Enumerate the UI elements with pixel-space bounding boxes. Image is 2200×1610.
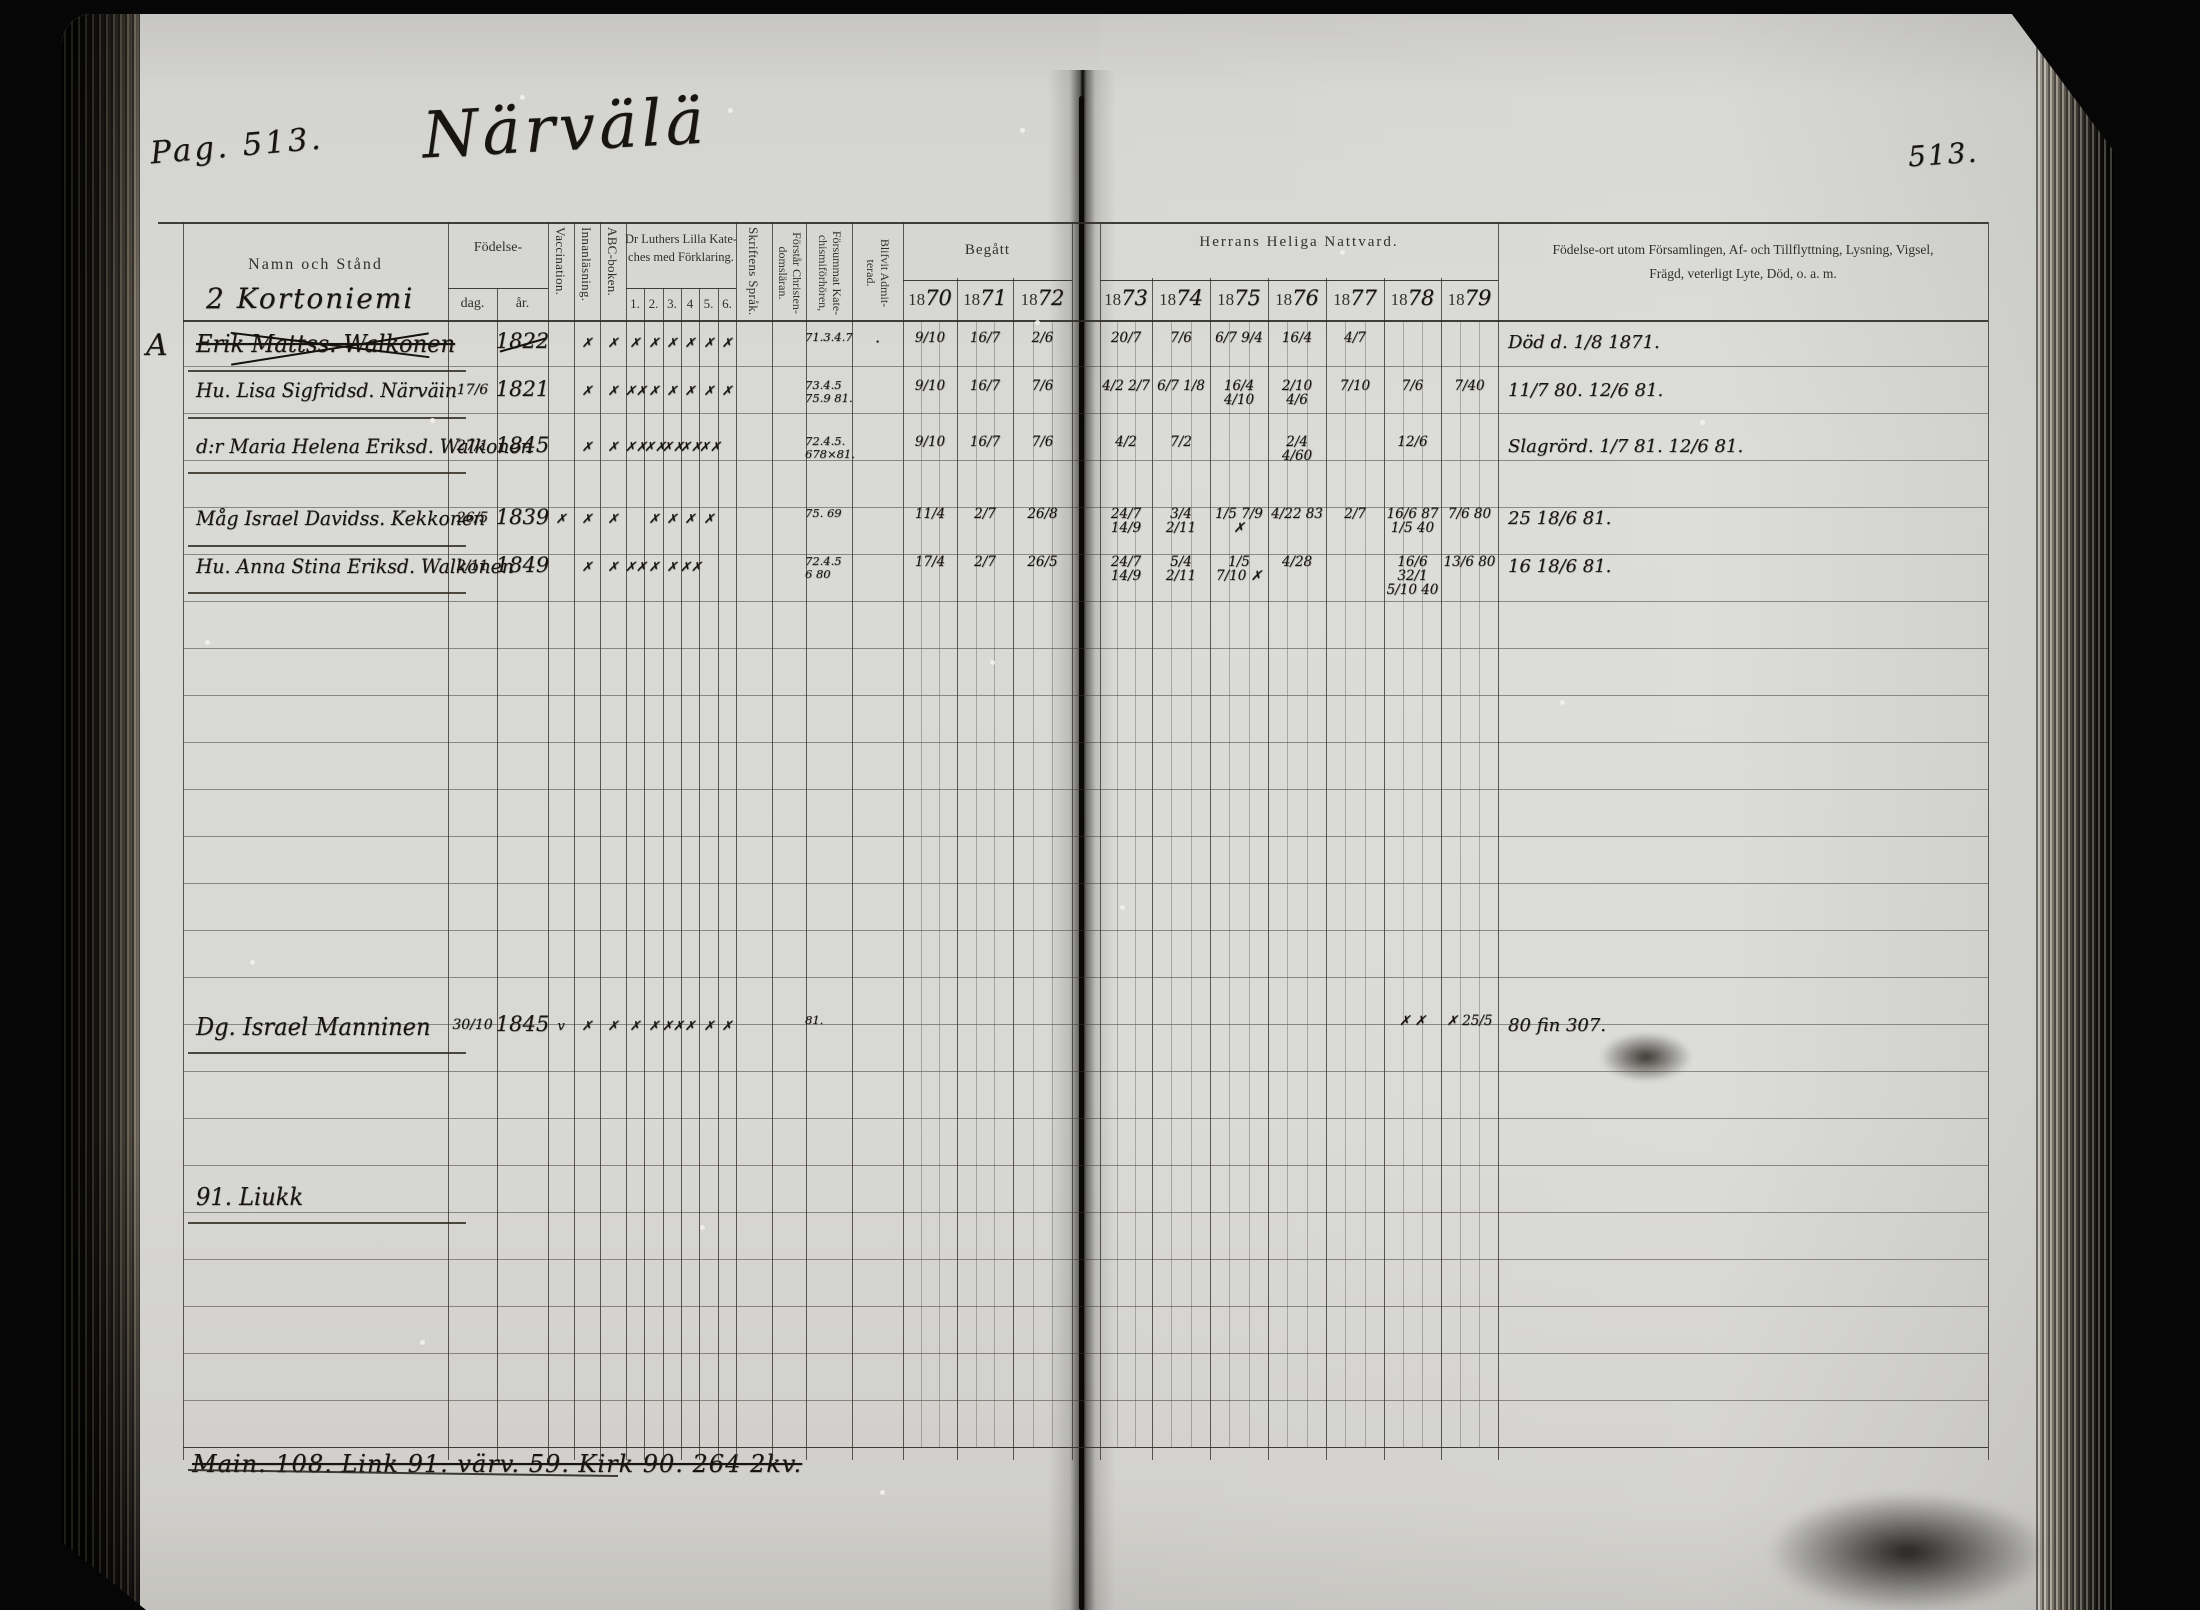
- cell-remark: 80 fin 307.: [1508, 1015, 1606, 1036]
- cell-communion-1873: 24/7 14/9: [1099, 507, 1153, 535]
- cell-communion-1871: 16/7: [958, 331, 1012, 345]
- check-mark: ✗: [699, 336, 719, 351]
- paper-fleck: [1020, 128, 1025, 133]
- grid-sub-vline: [1422, 320, 1423, 1447]
- paper-fleck: [430, 418, 435, 423]
- cell-communion-1872: 26/5: [1016, 555, 1070, 569]
- cell-remark: Slagrörd. 1/7 81. 12/6 81.: [1508, 436, 1743, 457]
- cell-forsummat: 75. 69: [805, 507, 853, 520]
- col-header-vaccination: Vaccination.: [552, 227, 568, 295]
- entry-name: Dg. Israel Manninen: [196, 1013, 431, 1041]
- cell-birth-year: 1839: [495, 505, 550, 529]
- col-header-remarks-line1: Födelse-ort utom Församlingen, Af- och T…: [1502, 242, 1984, 258]
- paper-fleck: [1035, 320, 1040, 325]
- cell-birth-day: 2/11: [448, 558, 497, 574]
- year-label-hand: 77: [1350, 286, 1377, 310]
- book-scan: Pag. 513. Närvälä 513. Namn och Stånd Fö…: [0, 0, 2200, 1610]
- cell-remark: 16 18/6 81.: [1508, 556, 1611, 577]
- cell-communion-1879: 7/40: [1443, 379, 1497, 393]
- cell-communion-1874: 7/2: [1154, 435, 1208, 449]
- col-header-blifvit-admitterad: Blifvit Admit- terad.: [863, 227, 891, 319]
- paper-fleck: [420, 1340, 425, 1345]
- check-mark: ✗: [717, 336, 737, 351]
- cell-forsummat: 71.3.4.7: [805, 331, 853, 344]
- check-mark: ✗: [644, 560, 664, 575]
- entry-name-rule: [188, 592, 466, 594]
- grid-sub-vline: [1249, 320, 1250, 1447]
- year-label-printed: 18: [1217, 290, 1234, 309]
- check-mark: ✗: [717, 1019, 737, 1034]
- grid-hline: [626, 288, 736, 289]
- year-label-printed: 18: [1333, 290, 1350, 309]
- cell-blifvit: ·: [852, 332, 903, 351]
- cell-communion-1876: 2/10 4/6: [1270, 379, 1324, 407]
- check-mark: ✗: [625, 1019, 645, 1034]
- cell-communion-1870: 9/10: [903, 379, 957, 393]
- cell-communion-1879: 13/6 80: [1443, 555, 1497, 569]
- grid-sub-vline: [1033, 320, 1034, 1447]
- year-label: 1873: [1095, 286, 1157, 310]
- check-mark: ✗: [603, 512, 623, 527]
- year-label-hand: 79: [1465, 286, 1492, 310]
- check-mark: ✗✗: [662, 1019, 682, 1034]
- cell-birth-day: 17/6: [448, 382, 497, 398]
- check-mark: ✗: [551, 512, 571, 527]
- grid-sub-vline: [1460, 320, 1461, 1447]
- cell-birth-year: 1849: [495, 553, 550, 577]
- kateches-subcol-3: 3.: [663, 296, 681, 312]
- check-mark: ✗: [699, 1019, 719, 1034]
- grid-vline: [1988, 222, 1989, 1460]
- cell-communion-1873: 4/2: [1099, 435, 1153, 449]
- grid-sub-vline: [1135, 320, 1136, 1447]
- cell-communion-1872: 7/6: [1016, 379, 1070, 393]
- year-label: 1878: [1382, 286, 1444, 310]
- grid-hline: [1100, 280, 1498, 281]
- village-heading: 2 Kortoniemi: [206, 282, 414, 315]
- grid-sub-vline: [1171, 320, 1172, 1447]
- year-label-hand: 70: [925, 286, 952, 310]
- cell-communion-1877: 2/7: [1328, 507, 1382, 521]
- check-mark: ✗: [662, 336, 682, 351]
- cell-forsummat: 72.4.5. 678×81.: [805, 435, 853, 460]
- cell-communion-1870: 9/10: [903, 435, 957, 449]
- cell-communion-1877: 4/7: [1328, 331, 1382, 345]
- paper-fleck: [728, 108, 733, 113]
- row-margin-letter: A: [146, 328, 168, 363]
- paper-fleck: [880, 1490, 885, 1495]
- check-mark: ✗: [603, 1019, 623, 1034]
- cell-forsummat: 81.: [805, 1014, 853, 1027]
- check-mark: ✗: [577, 440, 597, 455]
- col-header-remarks-line2: Frägd, veterligt Lyte, Död, o. a. m.: [1502, 266, 1984, 282]
- cell-communion-1873: 20/7: [1099, 331, 1153, 345]
- cell-birth-year: 1845: [495, 433, 550, 457]
- year-label-hand: 75: [1234, 286, 1261, 310]
- grid-hline: [448, 288, 548, 289]
- year-label: 1870: [899, 286, 961, 310]
- paper-fleck: [700, 1225, 705, 1230]
- col-header-skriftens-sprak: Skriftens Språk.: [745, 227, 761, 316]
- grid-sub-vline: [1287, 320, 1288, 1447]
- check-mark: ✗: [699, 384, 719, 399]
- grid-sub-vline: [1117, 320, 1118, 1447]
- year-label-hand: 78: [1408, 286, 1435, 310]
- check-mark: ✗: [625, 336, 645, 351]
- year-label: 1872: [1012, 286, 1074, 310]
- paper-fleck: [1120, 905, 1125, 910]
- kateches-subcol-2: 2.: [644, 296, 663, 312]
- grid-hline: [183, 1447, 1988, 1448]
- cell-forsummat: 72.4.5 6 80: [805, 555, 853, 580]
- check-mark: ✗: [644, 1019, 664, 1034]
- year-label-printed: 18: [1448, 290, 1465, 309]
- check-mark: ✗✗: [625, 440, 645, 455]
- check-mark: ✗: [680, 384, 700, 399]
- cell-communion-1871: 2/7: [958, 507, 1012, 521]
- paper-fleck: [1560, 700, 1565, 705]
- grid-sub-vline: [1365, 320, 1366, 1447]
- year-label-printed: 18: [908, 290, 925, 309]
- grid-sub-vline: [1191, 320, 1192, 1447]
- check-mark: ✗: [644, 512, 664, 527]
- cell-communion-1876: 2/4 4/60: [1270, 435, 1324, 463]
- cell-birth-day: 27/1: [448, 438, 497, 454]
- entry-name: Hu. Lisa Sigfridsd. Närväin: [196, 378, 457, 402]
- corner-smudge: [1768, 1492, 2048, 1610]
- cell-communion-1878: 7/6: [1386, 379, 1440, 393]
- grid-sub-vline: [939, 320, 940, 1447]
- check-mark: ✗: [699, 512, 719, 527]
- col-header-kateches-line1: Dr Luthers Lilla Kate-: [624, 232, 738, 247]
- cell-birth-day: 30/10: [448, 1017, 497, 1033]
- paper-fleck: [1700, 420, 1705, 425]
- cell-communion-1876: 16/4: [1270, 331, 1324, 345]
- cell-communion-1874: 3/4 2/11: [1154, 507, 1208, 535]
- cell-communion-1878: 12/6: [1386, 435, 1440, 449]
- check-mark: ✗: [577, 560, 597, 575]
- check-mark: ✗: [662, 512, 682, 527]
- cell-communion-1875: 1/5 7/10 ✗: [1212, 555, 1266, 583]
- year-label-printed: 18: [1391, 290, 1408, 309]
- page-number-right: 513.: [1907, 136, 1979, 174]
- kateches-subcol-5: 5.: [699, 296, 718, 312]
- paper-fleck: [1340, 250, 1345, 255]
- cell-communion-1873: 4/2 2/7: [1099, 379, 1153, 393]
- year-label-printed: 18: [1159, 290, 1176, 309]
- check-mark: ✗: [603, 336, 623, 351]
- year-label: 1877: [1324, 286, 1386, 310]
- grid-sub-vline: [1345, 320, 1346, 1447]
- cell-forsummat: 73.4.5 75.9 81.: [805, 379, 853, 404]
- year-label-printed: 18: [1275, 290, 1292, 309]
- grid-sub-vline: [1229, 320, 1230, 1447]
- cell-communion-1871: 16/7: [958, 435, 1012, 449]
- cell-communion-1874: 5/4 2/11: [1154, 555, 1208, 583]
- grid-hline: [903, 280, 1072, 281]
- year-label: 1875: [1208, 286, 1270, 310]
- cell-communion-1876: 4/22 83: [1270, 507, 1324, 521]
- check-mark: ✗: [680, 1019, 700, 1034]
- check-mark: ✗: [577, 1019, 597, 1034]
- cell-communion-1872: 26/8: [1016, 507, 1070, 521]
- col-header-ar: år.: [497, 296, 548, 312]
- entry-name-rule: [188, 1052, 466, 1054]
- col-header-forstar-christendomslaran: Förstår Christen- domsläran.: [775, 227, 803, 319]
- check-mark: ✗: [603, 560, 623, 575]
- check-mark: ✗: [662, 560, 682, 575]
- year-label-hand: 74: [1176, 286, 1203, 310]
- cell-communion-1875: 6/7 9/4: [1212, 331, 1266, 345]
- entry-name-rule: [188, 1222, 466, 1224]
- col-header-abc-boken: ABC-boken.: [604, 227, 620, 296]
- check-mark: ✗: [680, 512, 700, 527]
- check-mark: ✗: [717, 384, 737, 399]
- col-header-innanlasning: Innanläsning.: [578, 227, 594, 301]
- cell-birth-day: 26/5: [448, 510, 497, 526]
- year-label-hand: 71: [980, 286, 1007, 310]
- cell-communion-1875: 16/4 4/10: [1212, 379, 1266, 407]
- col-header-nattvard: Herrans Heliga Nattvard.: [1100, 234, 1498, 251]
- kateches-subcol-6: 6.: [718, 296, 736, 312]
- cell-communion-1878: ✗ ✗: [1386, 1014, 1440, 1028]
- cell-communion-1870: 11/4: [903, 507, 957, 521]
- year-label: 1876: [1266, 286, 1328, 310]
- col-header-begatt: Begått: [903, 242, 1072, 259]
- col-header-kateches-line2: ches med Förklaring.: [624, 250, 738, 265]
- check-mark: ✗: [680, 336, 700, 351]
- entry-name-rule: [188, 417, 466, 419]
- grid-sub-vline: [1479, 320, 1480, 1447]
- cell-communion-1878: 16/6 32/1 5/10 40: [1386, 555, 1440, 598]
- year-label-hand: 72: [1038, 286, 1065, 310]
- paper-fleck: [250, 960, 255, 965]
- year-label-hand: 73: [1121, 286, 1148, 310]
- cell-communion-1870: 9/10: [903, 331, 957, 345]
- cell-communion-1876: 4/28: [1270, 555, 1324, 569]
- cell-birth-year: 1821: [495, 377, 550, 401]
- year-label: 1871: [954, 286, 1016, 310]
- cell-communion-1872: 7/6: [1016, 435, 1070, 449]
- cell-communion-1870: 17/4: [903, 555, 957, 569]
- col-header-dag: dag.: [448, 296, 497, 312]
- grid-hline: [158, 222, 1988, 224]
- check-mark: ✗: [603, 384, 623, 399]
- cell-birth-year: 1822: [495, 329, 550, 353]
- check-mark: ✗✗: [680, 560, 700, 575]
- cell-communion-1871: 16/7: [958, 379, 1012, 393]
- cell-communion-1874: 7/6: [1154, 331, 1208, 345]
- check-mark: ✗: [577, 512, 597, 527]
- entry-name-rule: [188, 370, 466, 372]
- cell-communion-1871: 2/7: [958, 555, 1012, 569]
- check-mark: ✗: [644, 336, 664, 351]
- check-mark: ✗✗: [662, 440, 682, 455]
- cell-remark: Död d. 1/8 1871.: [1508, 332, 1660, 353]
- check-mark: ✗✗: [625, 560, 645, 575]
- grid-sub-vline: [1307, 320, 1308, 1447]
- col-header-namn: Namn och Stånd: [183, 256, 448, 274]
- check-mark: ✗✗: [644, 440, 664, 455]
- grid-sub-vline: [1052, 320, 1053, 1447]
- cell-communion-1879: 7/6 80: [1443, 507, 1497, 521]
- cell-communion-1875: 1/5 7/9 ✗: [1212, 507, 1266, 535]
- kateches-subcol-1: 1.: [626, 296, 644, 312]
- year-label-hand: 76: [1292, 286, 1319, 310]
- grid-sub-vline: [976, 320, 977, 1447]
- entry-name: Måg Israel Davidss. Kekkonen: [196, 506, 485, 530]
- check-mark: ✗: [577, 384, 597, 399]
- check-mark: ✗: [662, 384, 682, 399]
- col-header-fodelse: Födelse-: [448, 240, 548, 256]
- entry-name: 91. Liukk: [196, 1183, 303, 1211]
- entry-name-rule: [188, 472, 466, 474]
- year-label: 1874: [1150, 286, 1212, 310]
- year-label-printed: 18: [1104, 290, 1121, 309]
- check-mark: v: [551, 1019, 571, 1034]
- grid-sub-vline: [994, 320, 995, 1447]
- grid-rowlines: [183, 320, 1988, 1447]
- paper-fleck: [520, 95, 525, 100]
- entry-name-rule: [188, 545, 466, 547]
- check-mark: ✗: [577, 336, 597, 351]
- cell-birth-year: 1845: [495, 1012, 550, 1036]
- cell-communion-1873: 24/7 14/9: [1099, 555, 1153, 583]
- grid-sub-vline: [1403, 320, 1404, 1447]
- book-edge-right: [2036, 14, 2114, 1610]
- check-mark: ✗✗: [699, 440, 719, 455]
- check-mark: ✗✗: [625, 384, 645, 399]
- check-mark: ✗✗: [680, 440, 700, 455]
- col-header-forsummat-katechismiforhoren: Försummat Kate- chismiförhören,: [815, 227, 843, 319]
- check-mark: ✗: [603, 440, 623, 455]
- cell-communion-1877: 7/10: [1328, 379, 1382, 393]
- cell-communion-1872: 2/6: [1016, 331, 1070, 345]
- cell-communion-1878: 16/6 87 1/5 40: [1386, 507, 1440, 535]
- kateches-subcol-4: 4: [681, 296, 699, 312]
- check-mark: ✗: [644, 384, 664, 399]
- cell-communion-1874: 6/7 1/8: [1154, 379, 1208, 393]
- year-label-printed: 18: [963, 290, 980, 309]
- paper-fleck: [990, 660, 995, 665]
- book-edge-left: [62, 14, 140, 1610]
- cell-remark: 11/7 80. 12/6 81.: [1508, 380, 1663, 401]
- cell-remark: 25 18/6 81.: [1508, 508, 1611, 529]
- year-label: 1879: [1439, 286, 1501, 310]
- paper-fleck: [205, 640, 210, 645]
- cell-communion-1879: ✗ 25/5: [1443, 1014, 1497, 1028]
- grid-sub-vline: [921, 320, 922, 1447]
- year-label-printed: 18: [1021, 290, 1038, 309]
